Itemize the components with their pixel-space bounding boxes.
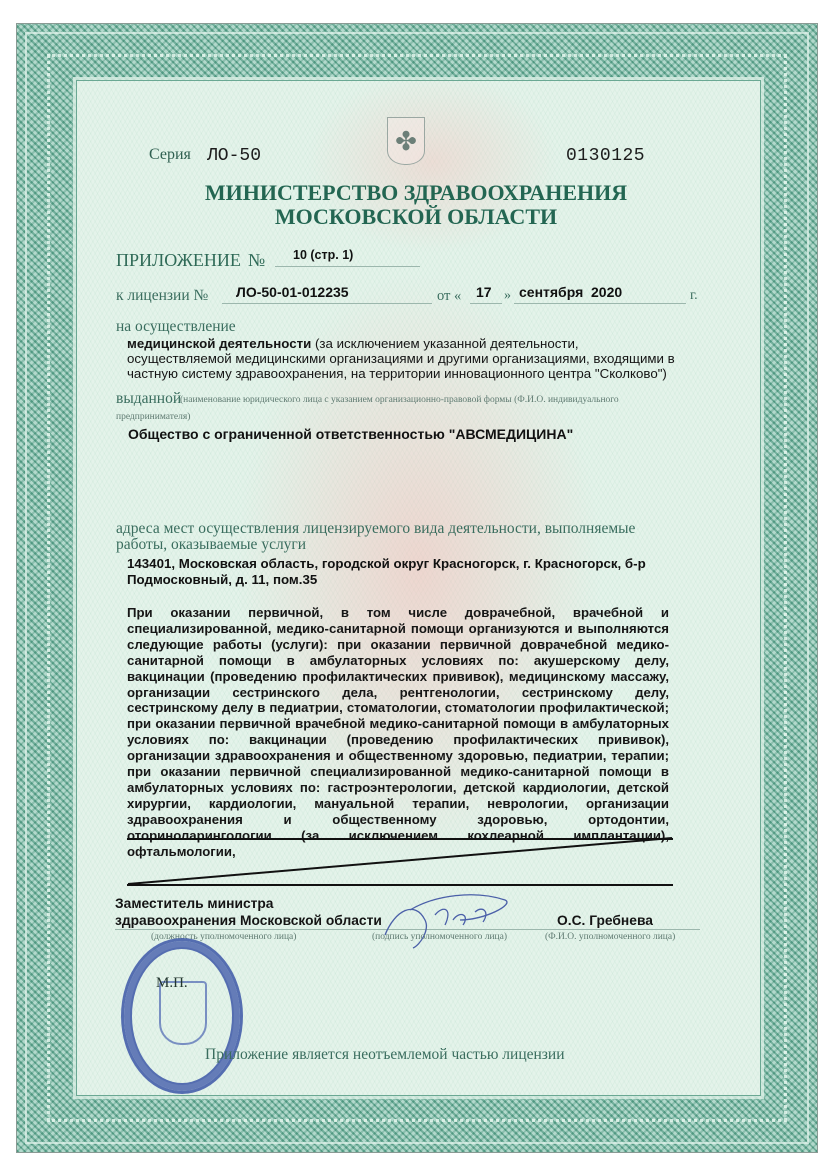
license-label: к лицензии № [116,287,208,305]
name-caption: (Ф.И.О. уполномоченного лица) [545,932,675,942]
appendix-underline [275,266,420,267]
issued-to-note-line2: предпринимателя) [116,412,190,422]
appendix-label: ПРИЛОЖЕНИЕ [116,250,241,271]
issued-to-note-line1: (наименование юридического лица с указан… [180,395,619,405]
position-line1: Заместитель министра [115,896,273,911]
signatory-name: О.С. Гребнева [557,913,653,928]
license-year-suffix: г. [690,288,698,304]
addresses-label-line2: работы, оказываемые услуги [116,536,306,554]
closing-line-bottom [127,884,673,886]
activity-line2: осуществляемой медицинскими организациям… [127,351,675,367]
series-value: ЛО-50 [207,146,261,166]
license-close-quote: » [504,288,511,304]
license-day: 17 [476,284,492,300]
activity-line3: частную систему здравоохранения, на терр… [127,366,667,382]
services-paragraph: При оказании первичной, в том числе довр… [127,605,669,860]
series-label: Серия [149,146,191,164]
appendix-number-value: 10 (стр. 1) [293,248,353,262]
ministry-title-line1: МИНИСТЕРСТВО ЗДРАВООХРАНЕНИЯ [0,180,832,206]
footer-note: Приложение является неотъемлемой частью … [205,1046,565,1064]
day-underline [470,303,502,304]
position-line2: здравоохранения Московской области [115,913,382,928]
signature-caption: (подпись уполномоченного лица) [372,932,507,942]
license-underline [222,303,432,304]
stamp-label: М.П. [156,975,188,992]
activity-line1: медицинской деятельности (за исключением… [127,336,579,352]
ministry-title-line2: МОСКОВСКОЙ ОБЛАСТИ [0,204,832,230]
issued-to-label: выданной [116,390,181,408]
license-number: ЛО-50-01-012235 [236,284,349,300]
activity-label: на осуществление [116,318,236,336]
activity-bold: медицинской деятельности [127,336,311,351]
russian-coat-of-arms-icon: ✤ [387,117,425,165]
license-month-year: сентября 2020 [519,284,622,300]
serial-number: 0130125 [566,146,645,166]
activity-line1-rest: (за исключением указанной деятельности, [311,336,578,351]
address-line1: 143401, Московская область, городской ок… [127,556,646,571]
closing-diagonal-line [120,835,680,890]
appendix-number-sign: № [248,250,265,271]
license-from-label: от « [437,288,461,305]
organization-name: Общество с ограниченной ответственностью… [128,426,573,442]
address-line2: Подмосковный, д. 11, пом.35 [127,572,317,587]
date-underline [514,303,686,304]
official-seal-icon [121,938,243,1094]
